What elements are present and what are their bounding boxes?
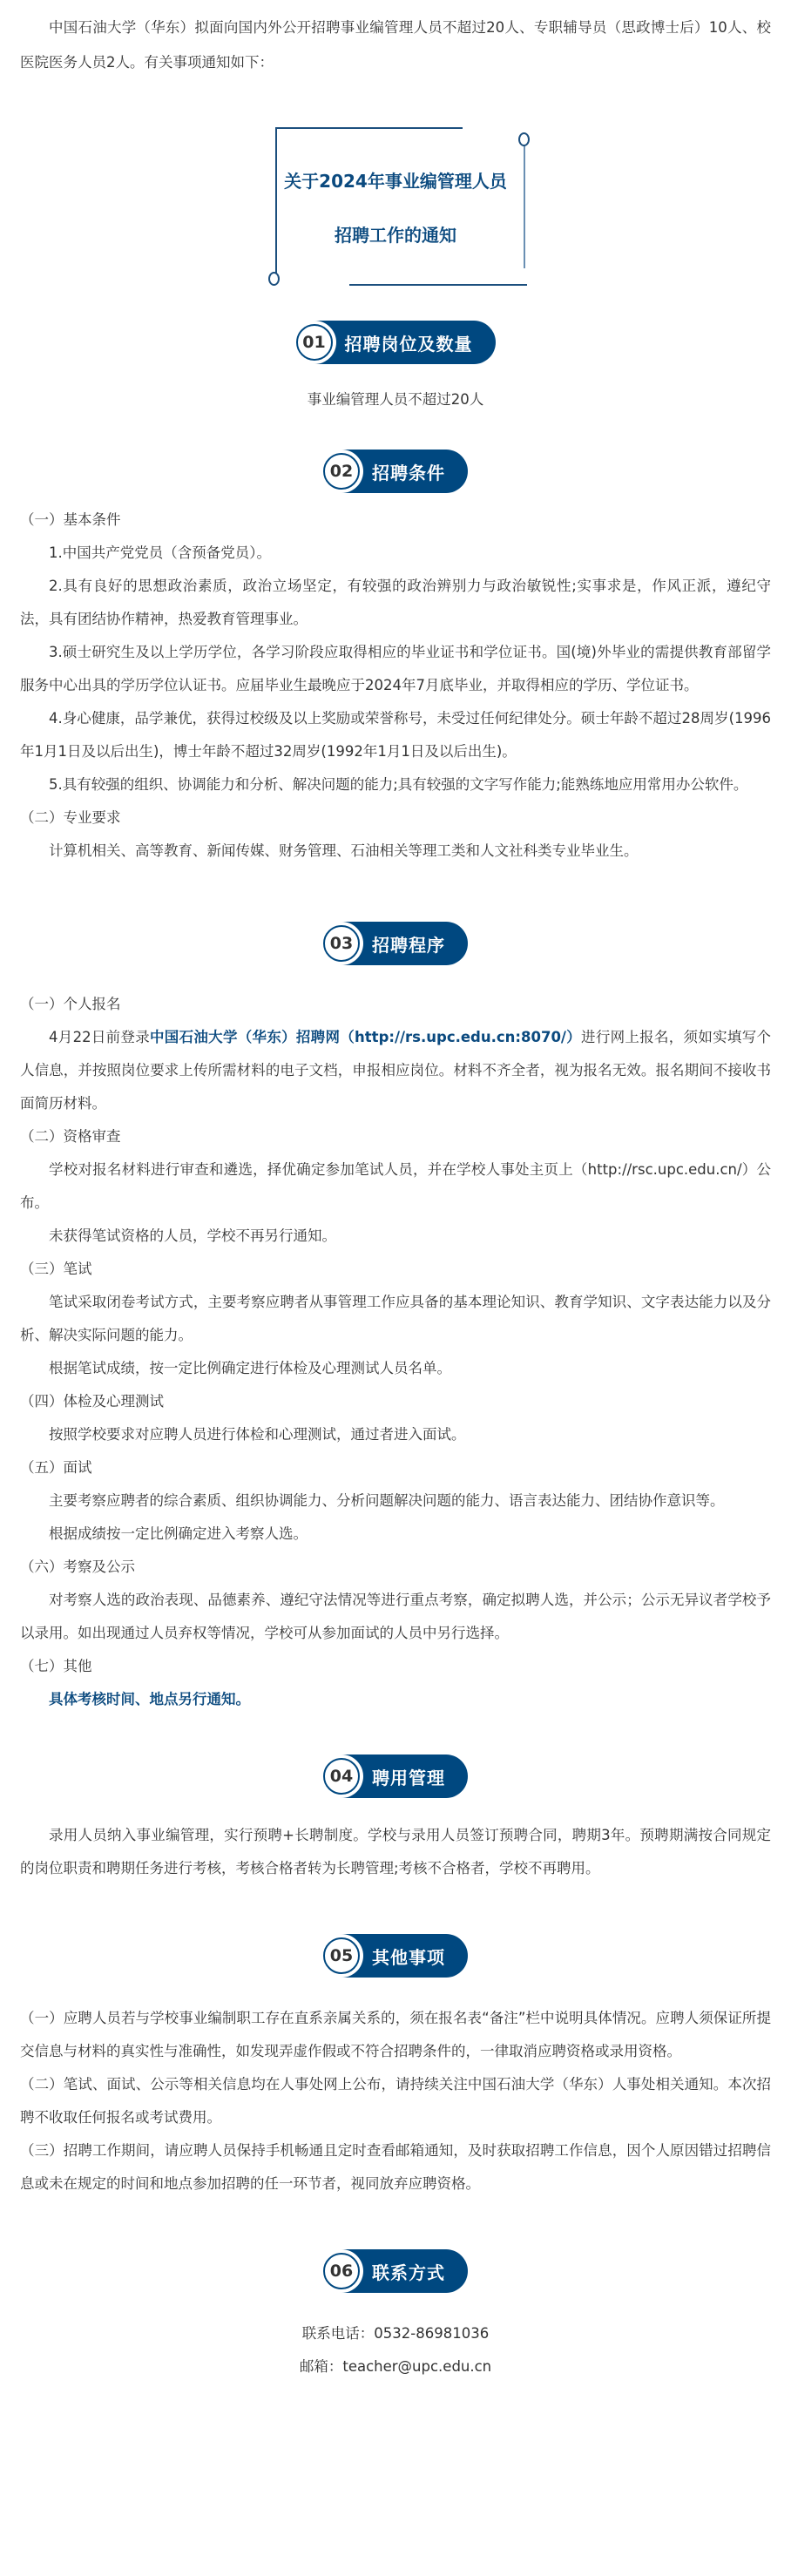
registration-pre: 4月22日前登录 bbox=[49, 1029, 150, 1045]
section-number: 06 bbox=[323, 2253, 360, 2289]
review-note: 未获得笔试资格的人员，学校不再另行通知。 bbox=[20, 1220, 771, 1253]
interview-note: 根据成绩按一定比例确定进入考察人选。 bbox=[20, 1518, 771, 1551]
section-title: 招聘条件 bbox=[372, 459, 445, 484]
section-04-header: 04 聘用管理 bbox=[20, 1755, 771, 1798]
majors-text: 计算机相关、高等教育、新闻传媒、财务管理、石油相关等理工类和人文社科类专业毕业生… bbox=[20, 835, 771, 868]
positions-count: 事业编管理人员不超过20人 bbox=[20, 383, 771, 416]
requirement-item: 2.具有良好的思想政治素质，政治立场坚定，有较强的政治辨别力与政治敏锐性;实事求… bbox=[20, 570, 771, 636]
section-badge: 02 招聘条件 bbox=[323, 450, 468, 493]
subheading: （三）笔试 bbox=[20, 1253, 771, 1286]
exam-text: 笔试采取闭卷考试方式，主要考察应聘者从事管理工作应具备的基本理论知识、教育学知识… bbox=[20, 1286, 771, 1352]
other-item: （一）应聘人员若与学校事业编制职工存在直系亲属关系的，须在报名表“备注”栏中说明… bbox=[20, 2002, 771, 2068]
section-number: 03 bbox=[323, 925, 360, 962]
requirement-item: 5.具有较强的组织、协调能力和分析、解决问题的能力;具有较强的文字写作能力;能熟… bbox=[20, 768, 771, 801]
other-matters: （一）应聘人员若与学校事业编制职工存在直系亲属关系的，须在报名表“备注”栏中说明… bbox=[20, 2002, 771, 2201]
recruitment-site-link[interactable]: 中国石油大学（华东）招聘网（http://rs.upc.edu.cn:8070/… bbox=[150, 1029, 581, 1045]
contact-phone[interactable]: 联系电话：0532-86981036 bbox=[20, 2317, 771, 2350]
section-badge: 04 聘用管理 bbox=[323, 1755, 468, 1798]
section-number: 02 bbox=[323, 453, 360, 490]
section-title: 招聘程序 bbox=[372, 931, 445, 957]
subheading: （五）面试 bbox=[20, 1451, 771, 1484]
section-number: 05 bbox=[323, 1937, 360, 1974]
section-title: 联系方式 bbox=[372, 2259, 445, 2284]
requirements: （一）基本条件 1.中国共产党党员（含预备党员）。 2.具有良好的思想政治素质，… bbox=[20, 504, 771, 868]
contact-email[interactable]: 邮箱：teacher@upc.edu.cn bbox=[20, 2350, 771, 2383]
title-box: 关于2024年事业编管理人员 招聘工作的通知 bbox=[260, 117, 531, 286]
section-title: 聘用管理 bbox=[372, 1764, 445, 1789]
notice-title-line2: 招聘工作的通知 bbox=[260, 221, 531, 247]
frame-circle-icon bbox=[268, 272, 280, 286]
frame-line-right bbox=[524, 146, 525, 268]
other-item: （三）招聘工作期间，请应聘人员保持手机畅通且定时查看邮箱通知，及时获取招聘工作信… bbox=[20, 2134, 771, 2201]
section-badge: 01 招聘岗位及数量 bbox=[296, 321, 496, 364]
section-number: 01 bbox=[296, 324, 333, 361]
intro: 中国石油大学（华东）拟面向国内外公开招聘事业编管理人员不超过20人、专职辅导员（… bbox=[20, 0, 771, 80]
interview-text: 主要考察应聘者的综合素质、组织协调能力、分析问题解决问题的能力、语言表达能力、团… bbox=[20, 1484, 771, 1518]
section-badge: 06 联系方式 bbox=[323, 2249, 468, 2293]
notice-title-line1: 关于2024年事业编管理人员 bbox=[260, 167, 531, 193]
section-badge: 03 招聘程序 bbox=[323, 922, 468, 965]
frame-line-bottom bbox=[349, 284, 527, 286]
section-03-header: 03 招聘程序 bbox=[20, 922, 771, 965]
requirement-item: 3.硕士研究生及以上学历学位，各学习阶段应取得相应的毕业证书和学位证书。国(境)… bbox=[20, 636, 771, 702]
subheading: （四）体检及心理测试 bbox=[20, 1385, 771, 1418]
section-badge: 05 其他事项 bbox=[323, 1934, 468, 1978]
publicity-text: 对考察人选的政治表现、品德素养、遵纪守法情况等进行重点考察，确定拟聘人选，并公示… bbox=[20, 1584, 771, 1650]
other-item: （二）笔试、面试、公示等相关信息均在人事处网上公布，请持续关注中国石油大学（华东… bbox=[20, 2068, 771, 2134]
medical-text: 按照学校要求对应聘人员进行体检和心理测试，通过者进入面试。 bbox=[20, 1418, 771, 1451]
subheading: （六）考察及公示 bbox=[20, 1551, 771, 1584]
subheading: （七）其他 bbox=[20, 1650, 771, 1683]
section-title: 其他事项 bbox=[372, 1944, 445, 1969]
subheading: （一）基本条件 bbox=[20, 504, 771, 537]
frame-circle-icon bbox=[518, 132, 530, 146]
procedure: （一）个人报名 4月22日前登录中国石油大学（华东）招聘网（http://rs.… bbox=[20, 988, 771, 1716]
section-02-header: 02 招聘条件 bbox=[20, 450, 771, 493]
registration-text: 4月22日前登录中国石油大学（华东）招聘网（http://rs.upc.edu.… bbox=[20, 1021, 771, 1120]
notice-page: 中国石油大学（华东）拟面向国内外公开招聘事业编管理人员不超过20人、专职辅导员（… bbox=[0, 0, 791, 2410]
contact-info: 联系电话：0532-86981036 邮箱：teacher@upc.edu.cn bbox=[20, 2317, 771, 2410]
section-01-header: 01 招聘岗位及数量 bbox=[20, 321, 771, 364]
requirement-item: 1.中国共产党党员（含预备党员）。 bbox=[20, 537, 771, 570]
section-number: 04 bbox=[323, 1758, 360, 1795]
requirement-item: 4.身心健康，品学兼优，获得过校级及以上奖励或荣誉称号，未受过任何纪律处分。硕士… bbox=[20, 702, 771, 768]
other-note: 具体考核时间、地点另行通知。 bbox=[20, 1683, 771, 1716]
subheading: （二）资格审查 bbox=[20, 1120, 771, 1153]
section-title: 招聘岗位及数量 bbox=[345, 330, 473, 355]
employment-text: 录用人员纳入事业编管理，实行预聘+长聘制度。学校与录用人员签订预聘合同，聘期3年… bbox=[20, 1819, 771, 1885]
review-text: 学校对报名材料进行审查和遴选，择优确定参加笔试人员，并在学校人事处主页上（htt… bbox=[20, 1153, 771, 1220]
section-05-header: 05 其他事项 bbox=[20, 1934, 771, 1978]
exam-note: 根据笔试成绩，按一定比例确定进行体检及心理测试人员名单。 bbox=[20, 1352, 771, 1385]
intro-text: 中国石油大学（华东）拟面向国内外公开招聘事业编管理人员不超过20人、专职辅导员（… bbox=[20, 10, 771, 80]
subheading: （二）专业要求 bbox=[20, 801, 771, 835]
subheading: （一）个人报名 bbox=[20, 988, 771, 1021]
frame-line-top bbox=[275, 127, 463, 129]
section-06-header: 06 联系方式 bbox=[20, 2249, 771, 2293]
section-pill: 招聘岗位及数量 bbox=[314, 321, 496, 364]
frame-line-left bbox=[275, 127, 277, 275]
